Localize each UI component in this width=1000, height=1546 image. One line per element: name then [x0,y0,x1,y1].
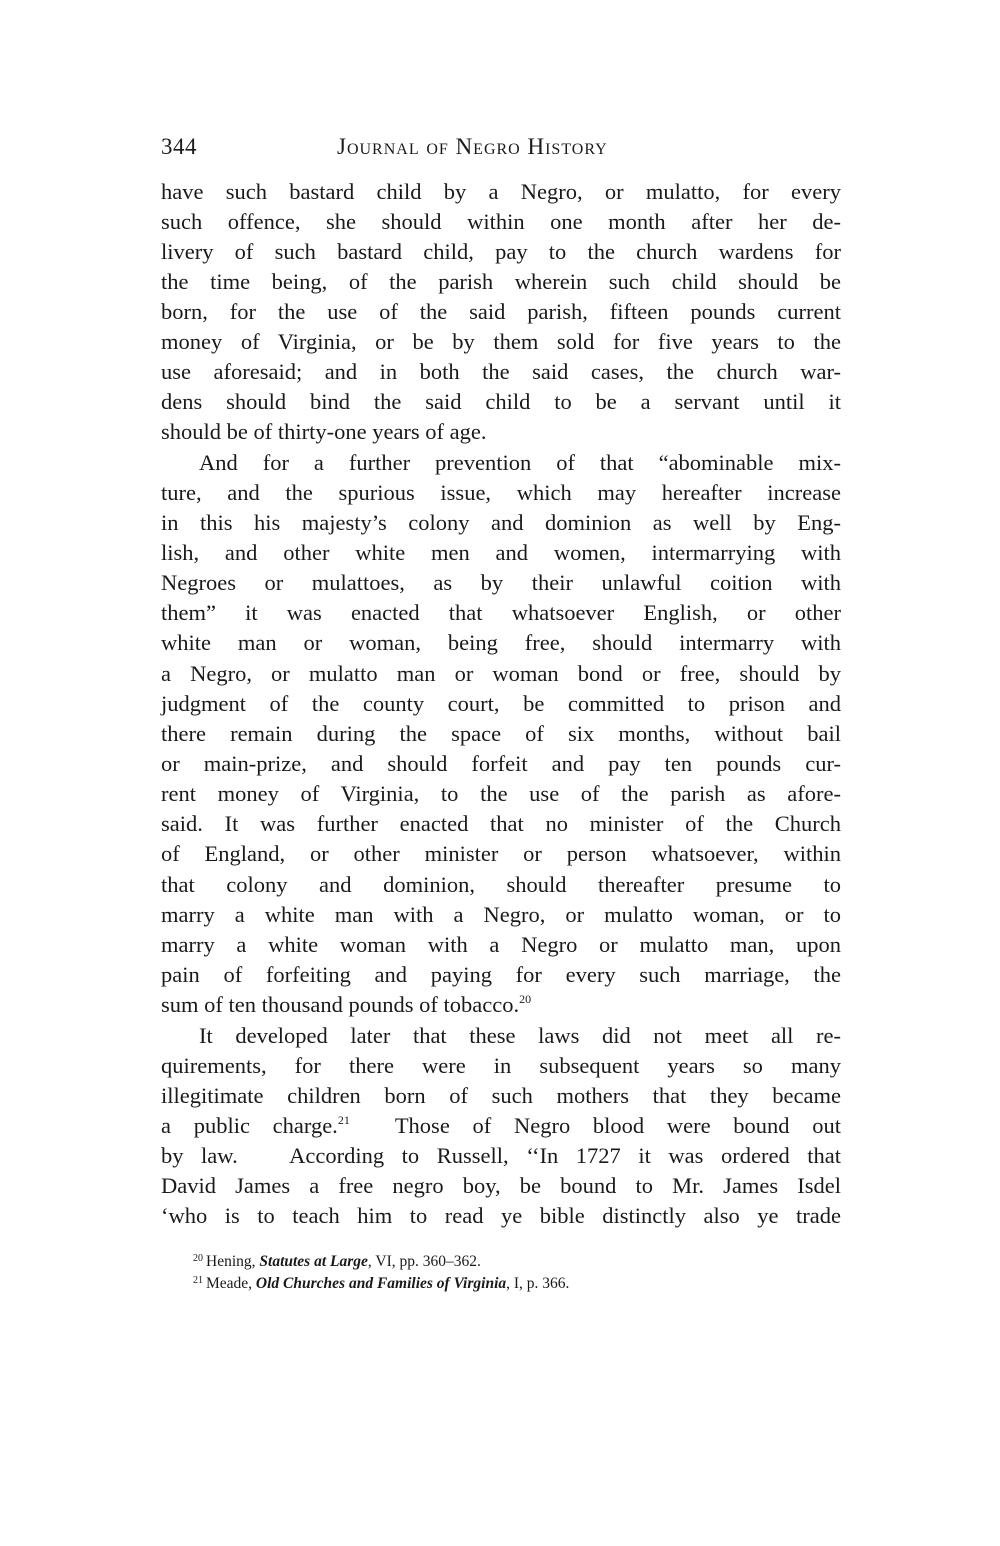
text-line: a public charge.21 Those of Negro blood … [161,1111,841,1141]
footnote-author: Hening, [206,1253,259,1270]
text-line: have such bastard child by a Negro, or m… [161,177,841,207]
text-line: rent money of Virginia, to the use of th… [161,779,841,809]
text-line: money of Virginia, or be by them sold fo… [161,327,841,357]
text-line: ture, and the spurious issue, which may … [161,478,841,508]
journal-title: Journal of Negro History [337,134,608,160]
text-line: a Negro, or mulatto man or woman bond or… [161,659,841,689]
text-line: in this his majesty’s colony and dominio… [161,508,841,538]
text-line: of England, or other minister or person … [161,839,841,869]
text-line: that colony and dominion, should thereaf… [161,870,841,900]
text-line: David James a free negro boy, be bound t… [161,1171,841,1201]
text-line: It developed later that these laws did n… [199,1021,841,1051]
footnote-21: 21Meade, Old Churches and Families of Vi… [193,1270,569,1295]
text-line: livery of such bastard child, pay to the… [161,237,841,267]
footnote-ref-21[interactable]: 21 [338,1113,350,1127]
footnote-number: 21 [193,1275,203,1286]
document-page: 344 Journal of Negro History have such b… [0,0,1000,1546]
text-line: the time being, of the parish wherein su… [161,267,841,297]
text-line: use aforesaid; and in both the said case… [161,357,841,387]
footnote-number: 20 [193,1253,203,1264]
footnote-author: Meade, [206,1275,256,1292]
text-line: or main-prize, and should forfeit and pa… [161,749,841,779]
text-line: marry a white woman with a Negro or mula… [161,930,841,960]
text-line-content: a public charge. [161,1113,338,1138]
text-line: marry a white man with a Negro, or mulat… [161,900,841,930]
text-line: lish, and other white men and women, int… [161,538,841,568]
text-line: such offence, she should within one mont… [161,207,841,237]
footnote-rest: , I, p. 366. [506,1275,569,1292]
text-line: sum of ten thousand pounds of tobacco.20 [161,990,841,1020]
text-line: quirements, for there were in subsequent… [161,1051,841,1081]
footnote-rest: , VI, pp. 360–362. [368,1253,481,1270]
running-head: 344 Journal of Negro History [161,134,841,164]
text-line: should be of thirty-one years of age. [161,417,841,447]
footnote-title: Old Churches and Families of Virginia [256,1275,506,1292]
text-line: judgment of the county court, be committ… [161,689,841,719]
text-line: dens should bind the said child to be a … [161,387,841,417]
text-line: by law. According to Russell, ‘‘In 1727 … [161,1141,841,1171]
text-line: born, for the use of the said parish, fi… [161,297,841,327]
text-line: said. It was further enacted that no min… [161,809,841,839]
text-line: And for a further prevention of that “ab… [199,448,841,478]
text-line: illegitimate children born of such mothe… [161,1081,841,1111]
text-line: ‘who is to teach him to read ye bible di… [161,1201,841,1231]
text-line-content: sum of ten thousand pounds of tobacco. [161,992,519,1017]
text-line: them” it was enacted that whatsoever Eng… [161,598,841,628]
text-line-continuation: Those of Negro blood were bound out [350,1113,841,1138]
text-line: there remain during the space of six mon… [161,719,841,749]
text-line: pain of forfeiting and paying for every … [161,960,841,990]
text-line: white man or woman, being free, should i… [161,628,841,658]
text-line: Negroes or mulattoes, as by their unlawf… [161,568,841,598]
footnote-ref-20[interactable]: 20 [519,992,531,1006]
footnote-title: Statutes at Large [259,1253,368,1270]
page-number: 344 [161,134,197,160]
